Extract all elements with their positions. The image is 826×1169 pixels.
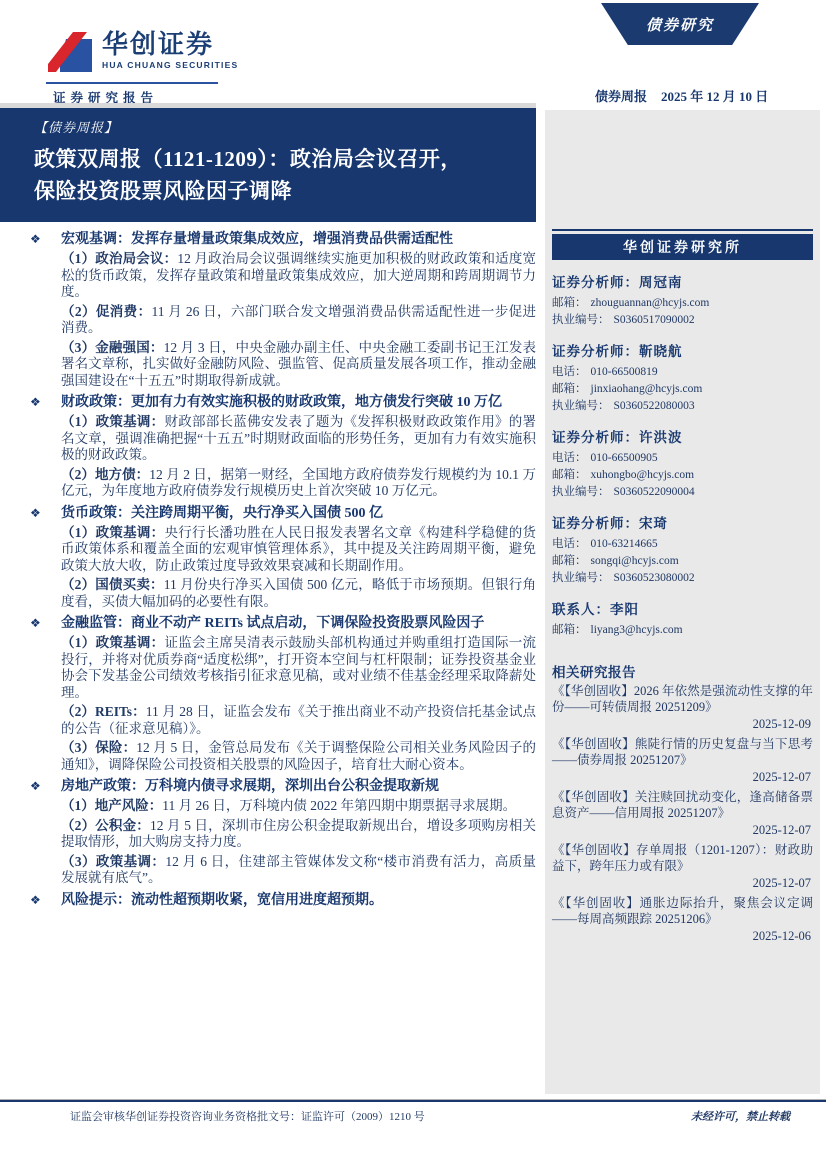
report-date: 2025 年 12 月 10 日	[661, 89, 768, 104]
section-item: （1）政策基调：央行行长潘功胜在人民日报发表署名文章《构建科学稳健的货币政策体系…	[61, 525, 536, 575]
analyst-field: 电话：010-63214665	[552, 536, 813, 553]
related-report-item[interactable]: 《【华创固收】存单周报（1201-1207）：财政助益下，跨年压力或有限》 20…	[552, 842, 813, 891]
field-value: zhouguannan@hcyjs.com	[591, 297, 710, 309]
analyst-role: 联系人：	[552, 602, 610, 617]
field-value: 010-66500819	[591, 366, 658, 378]
related-report-date: 2025-12-07	[552, 769, 811, 785]
item-lead: （3）政策基调：	[61, 854, 165, 869]
analyst-fields: 电话：010-63214665 邮箱：songqi@hcyjs.com 执业编号…	[552, 536, 813, 587]
related-reports-list: 《【华创固收】2026 年依然是强流动性支撑的年份——可转债周报 2025120…	[552, 683, 813, 944]
summary-section: ❖ 财政政策：更加有力有效实施积极的财政政策，地方债发行突破 10 万亿 （1）…	[30, 394, 536, 500]
section-items: （1）政策基调：证监会主席吴清表示鼓励头部机构通过并购重组打造国际一流投行，并将…	[30, 635, 536, 773]
field-label: 邮箱：	[552, 555, 587, 567]
related-report-item[interactable]: 《【华创固收】关注赎回扰动变化，逢高储备票息资产——信用周报 20251207》…	[552, 789, 813, 838]
section-item: （2）国债买卖：11 月份央行净买入国债 500 亿元，略低于市场预期。但银行角…	[61, 577, 536, 610]
section-item: （1）地产风险：11 月 26 日，万科境内债 2022 年第四期中期票据寻求展…	[61, 798, 536, 815]
report-title-line1: 政策双周报（1121-1209）：政治局会议召开，	[34, 147, 462, 171]
related-report-title[interactable]: 《【华创固收】存单周报（1201-1207）：财政助益下，跨年压力或有限》	[552, 842, 813, 874]
section-heading: 财政政策：更加有力有效实施积极的财政政策，地方债发行突破 10 万亿	[61, 394, 536, 411]
diamond-bullet-icon: ❖	[30, 615, 61, 632]
section-item: （2）促消费：11 月 26 日，六部门联合发文增强消费品供需适配性进一步促进消…	[61, 304, 536, 337]
section-item: （2）REITs：11 月 28 日，证监会发布《关于推出商业不动产投资信托基金…	[61, 704, 536, 737]
institute-bar: 华创证券研究所	[552, 234, 813, 260]
analyst-name: 李阳	[610, 602, 639, 617]
field-value: S0360522090004	[614, 486, 695, 498]
section-items: （1）地产风险：11 月 26 日，万科境内债 2022 年第四期中期票据寻求展…	[30, 798, 536, 887]
item-text: 11 月 26 日，万科境内债 2022 年第四期中期票据寻求展期。	[162, 798, 516, 813]
diamond-bullet-icon: ❖	[30, 394, 61, 411]
section-heading: 货币政策：关注跨周期平衡，央行净买入国债 500 亿	[61, 505, 536, 522]
related-reports-title: 相关研究报告	[552, 661, 813, 681]
analyst-name: 许洪波	[639, 430, 683, 445]
section-item: （2）地方债：12 月 2 日，据第一财经，全国地方政府债券发行规模约为 10.…	[61, 467, 536, 500]
analyst-fields: 电话：010-66500819 邮箱：jinxiaohang@hcyjs.com…	[552, 364, 813, 415]
huachuang-cube-icon	[46, 30, 94, 74]
analyst-field: 执业编号：S0360523080002	[552, 570, 813, 587]
analyst-block: 证券分析师：许洪波 电话：010-66500905 邮箱：xuhongbo@hc…	[552, 426, 813, 501]
report-date-line: 债券周报2025 年 12 月 10 日	[595, 86, 763, 105]
related-report-item[interactable]: 《【华创固收】2026 年依然是强流动性支撑的年份——可转债周报 2025120…	[552, 683, 813, 732]
field-label: 邮箱：	[552, 383, 587, 395]
related-report-item[interactable]: 《【华创固收】通胀边际抬升，聚焦会议定调——每周高频跟踪 20251206》 2…	[552, 895, 813, 944]
analyst-field: 邮箱：xuhongbo@hcyjs.com	[552, 467, 813, 484]
field-label: 执业编号：	[552, 400, 610, 412]
diamond-bullet-icon: ❖	[30, 505, 61, 522]
section-heading: 风险提示：流动性超预期收紧，宽信用进度超预期。	[61, 892, 536, 909]
item-lead: （1）政策基调：	[61, 414, 164, 429]
section-item: （1）政策基调：证监会主席吴清表示鼓励头部机构通过并购重组打造国际一流投行，并将…	[61, 635, 536, 701]
item-lead: （2）地方债：	[61, 467, 149, 482]
item-lead: （2）公积金：	[61, 818, 150, 833]
analyst-list: 证券分析师：周冠南 邮箱：zhouguannan@hcyjs.com 执业编号：…	[552, 271, 813, 639]
related-report-title[interactable]: 《【华创固收】熊陡行情的历史复盘与当下思考——债券周报 20251207》	[552, 736, 813, 768]
related-report-date: 2025-12-07	[552, 875, 811, 891]
field-label: 执业编号：	[552, 486, 610, 498]
summary-section: ❖ 风险提示：流动性超预期收紧，宽信用进度超预期。	[30, 892, 536, 909]
section-heading: 房地产政策：万科境内债寻求展期，深圳出台公积金提取新规	[61, 778, 536, 795]
analyst-role: 证券分析师：	[552, 516, 639, 531]
item-lead: （2）促消费：	[61, 304, 151, 319]
analyst-block: 证券分析师：靳晓航 电话：010-66500819 邮箱：jinxiaohang…	[552, 340, 813, 415]
item-lead: （1）政策基调：	[61, 525, 164, 540]
footer-license: 证监会审核华创证券投资咨询业务资格批文号：证监许可（2009）1210 号	[70, 1108, 425, 1124]
brand-name: 华创证券	[102, 30, 238, 58]
field-value: 010-63214665	[591, 538, 658, 550]
analyst-role: 证券分析师：	[552, 430, 639, 445]
section-heading: 宏观基调：发挥存量增量政策集成效应，增强消费品供需适配性	[61, 231, 536, 248]
field-value: S0360517090002	[614, 314, 695, 326]
section-item: （1）政治局会议：12 月政治局会议强调继续实施更加积极的财政政策和适度宽松的货…	[61, 251, 536, 301]
analyst-fields: 邮箱：liyang3@hcyjs.com	[552, 622, 813, 639]
related-report-date: 2025-12-07	[552, 822, 811, 838]
field-value: jinxiaohang@hcyjs.com	[591, 383, 703, 395]
analyst-field: 邮箱：liyang3@hcyjs.com	[552, 622, 813, 639]
field-label: 邮箱：	[552, 624, 587, 636]
field-label: 电话：	[552, 366, 587, 378]
category-badge: 债券研究	[601, 3, 759, 45]
diamond-bullet-icon: ❖	[30, 231, 61, 248]
analyst-name: 靳晓航	[639, 344, 683, 359]
analyst-field: 电话：010-66500905	[552, 450, 813, 467]
related-report-item[interactable]: 《【华创固收】熊陡行情的历史复盘与当下思考——债券周报 20251207》 20…	[552, 736, 813, 785]
analyst-fields: 电话：010-66500905 邮箱：xuhongbo@hcyjs.com 执业…	[552, 450, 813, 501]
field-value: songqi@hcyjs.com	[591, 555, 679, 567]
field-label: 邮箱：	[552, 469, 587, 481]
logo-divider	[46, 82, 218, 84]
sidebar: 华创证券研究所 证券分析师：周冠南 邮箱：zhouguannan@hcyjs.c…	[545, 110, 820, 1094]
field-value: xuhongbo@hcyjs.com	[591, 469, 695, 481]
field-value: S0360523080002	[614, 572, 695, 584]
field-label: 电话：	[552, 452, 587, 464]
section-item: （3）保险：12 月 5 日，金管总局发布《关于调整保险公司相关业务风险因子的通…	[61, 740, 536, 773]
section-items: （1）政策基调：财政部部长蓝佛安发表了题为《发挥积极财政政策作用》的署名文章，强…	[30, 414, 536, 500]
item-lead: （3）保险：	[61, 740, 136, 755]
item-lead: （2）国债买卖：	[61, 577, 164, 592]
field-label: 邮箱：	[552, 297, 587, 309]
footer-divider	[0, 1099, 826, 1102]
analyst-role: 证券分析师：	[552, 275, 639, 290]
footer-notice: 未经许可，禁止转载	[691, 1108, 790, 1124]
analyst-block: 证券分析师：周冠南 邮箱：zhouguannan@hcyjs.com 执业编号：…	[552, 271, 813, 329]
section-heading: 金融监管：商业不动产 REITs 试点启动，下调保险投资股票风险因子	[61, 615, 536, 632]
field-value: S0360522080003	[614, 400, 695, 412]
summary-section: ❖ 宏观基调：发挥存量增量政策集成效应，增强消费品供需适配性 （1）政治局会议：…	[30, 231, 536, 389]
field-value: liyang3@hcyjs.com	[591, 624, 683, 636]
analyst-field: 执业编号：S0360522090004	[552, 484, 813, 501]
report-title-line2: 保险投资股票风险因子调降	[34, 179, 292, 203]
item-lead: （1）政策基调：	[61, 635, 164, 650]
analyst-field: 电话：010-66500819	[552, 364, 813, 381]
field-value: 010-66500905	[591, 452, 658, 464]
brand-logo: 华创证券 HUA CHUANG SECURITIES	[46, 30, 238, 74]
field-label: 执业编号：	[552, 314, 610, 326]
section-item: （3）政策基调：12 月 6 日，住建部主管媒体发文称“楼市消费有活力，高质量发…	[61, 854, 536, 887]
related-report-title[interactable]: 《【华创固收】关注赎回扰动变化，逢高储备票息资产——信用周报 20251207》	[552, 789, 813, 821]
section-items: （1）政策基调：央行行长潘功胜在人民日报发表署名文章《构建科学稳健的货币政策体系…	[30, 525, 536, 611]
report-series: 债券周报	[595, 89, 647, 104]
analyst-name: 宋琦	[639, 516, 668, 531]
analyst-name: 周冠南	[639, 275, 683, 290]
brand-name-en: HUA CHUANG SECURITIES	[102, 60, 238, 70]
summary-sections: ❖ 宏观基调：发挥存量增量政策集成效应，增强消费品供需适配性 （1）政治局会议：…	[30, 226, 536, 911]
summary-section: ❖ 货币政策：关注跨周期平衡，央行净买入国债 500 亿 （1）政策基调：央行行…	[30, 505, 536, 611]
diamond-bullet-icon: ❖	[30, 778, 61, 795]
related-report-title[interactable]: 《【华创固收】2026 年依然是强流动性支撑的年份——可转债周报 2025120…	[552, 683, 813, 715]
analyst-fields: 邮箱：zhouguannan@hcyjs.com 执业编号：S036051709…	[552, 295, 813, 329]
related-report-title[interactable]: 《【华创固收】通胀边际抬升，聚焦会议定调——每周高频跟踪 20251206》	[552, 895, 813, 927]
item-lead: （3）金融强国：	[61, 340, 164, 355]
summary-section: ❖ 房地产政策：万科境内债寻求展期，深圳出台公积金提取新规 （1）地产风险：11…	[30, 778, 536, 887]
report-page: 华创证券 HUA CHUANG SECURITIES 证券研究报告 债券研究 债…	[0, 0, 826, 1169]
field-label: 电话：	[552, 538, 587, 550]
field-label: 执业编号：	[552, 572, 610, 584]
item-lead: （2）REITs：	[61, 704, 146, 719]
section-item: （3）金融强国：12 月 3 日，中央金融办副主任、中央金融工委副书记王江发表署…	[61, 340, 536, 390]
diamond-bullet-icon: ❖	[30, 892, 61, 909]
analyst-field: 执业编号：S0360522080003	[552, 398, 813, 415]
analyst-role: 证券分析师：	[552, 344, 639, 359]
analyst-field: 执业编号：S0360517090002	[552, 312, 813, 329]
analyst-block: 联系人：李阳 邮箱：liyang3@hcyjs.com	[552, 598, 813, 639]
analyst-field: 邮箱：jinxiaohang@hcyjs.com	[552, 381, 813, 398]
analyst-block: 证券分析师：宋琦 电话：010-63214665 邮箱：songqi@hcyjs…	[552, 512, 813, 587]
section-item: （2）公积金：12 月 5 日，深圳市住房公积金提取新规出台，增设多项购房相关提…	[61, 818, 536, 851]
section-item: （1）政策基调：财政部部长蓝佛安发表了题为《发挥积极财政政策作用》的署名文章，强…	[61, 414, 536, 464]
analyst-field: 邮箱：songqi@hcyjs.com	[552, 553, 813, 570]
institute-bar-topline	[552, 229, 813, 231]
title-tag: 【债券周报】	[34, 117, 522, 136]
title-box: 【债券周报】 政策双周报（1121-1209）：政治局会议召开， 保险投资股票风…	[0, 108, 536, 222]
related-report-date: 2025-12-06	[552, 928, 811, 944]
item-lead: （1）政治局会议：	[61, 251, 177, 266]
report-title: 政策双周报（1121-1209）：政治局会议召开， 保险投资股票风险因子调降	[34, 143, 522, 207]
summary-section: ❖ 金融监管：商业不动产 REITs 试点启动，下调保险投资股票风险因子 （1）…	[30, 615, 536, 773]
analyst-field: 邮箱：zhouguannan@hcyjs.com	[552, 295, 813, 312]
section-items: （1）政治局会议：12 月政治局会议强调继续实施更加积极的财政政策和适度宽松的货…	[30, 251, 536, 389]
item-lead: （1）地产风险：	[61, 798, 162, 813]
related-report-date: 2025-12-09	[552, 716, 811, 732]
